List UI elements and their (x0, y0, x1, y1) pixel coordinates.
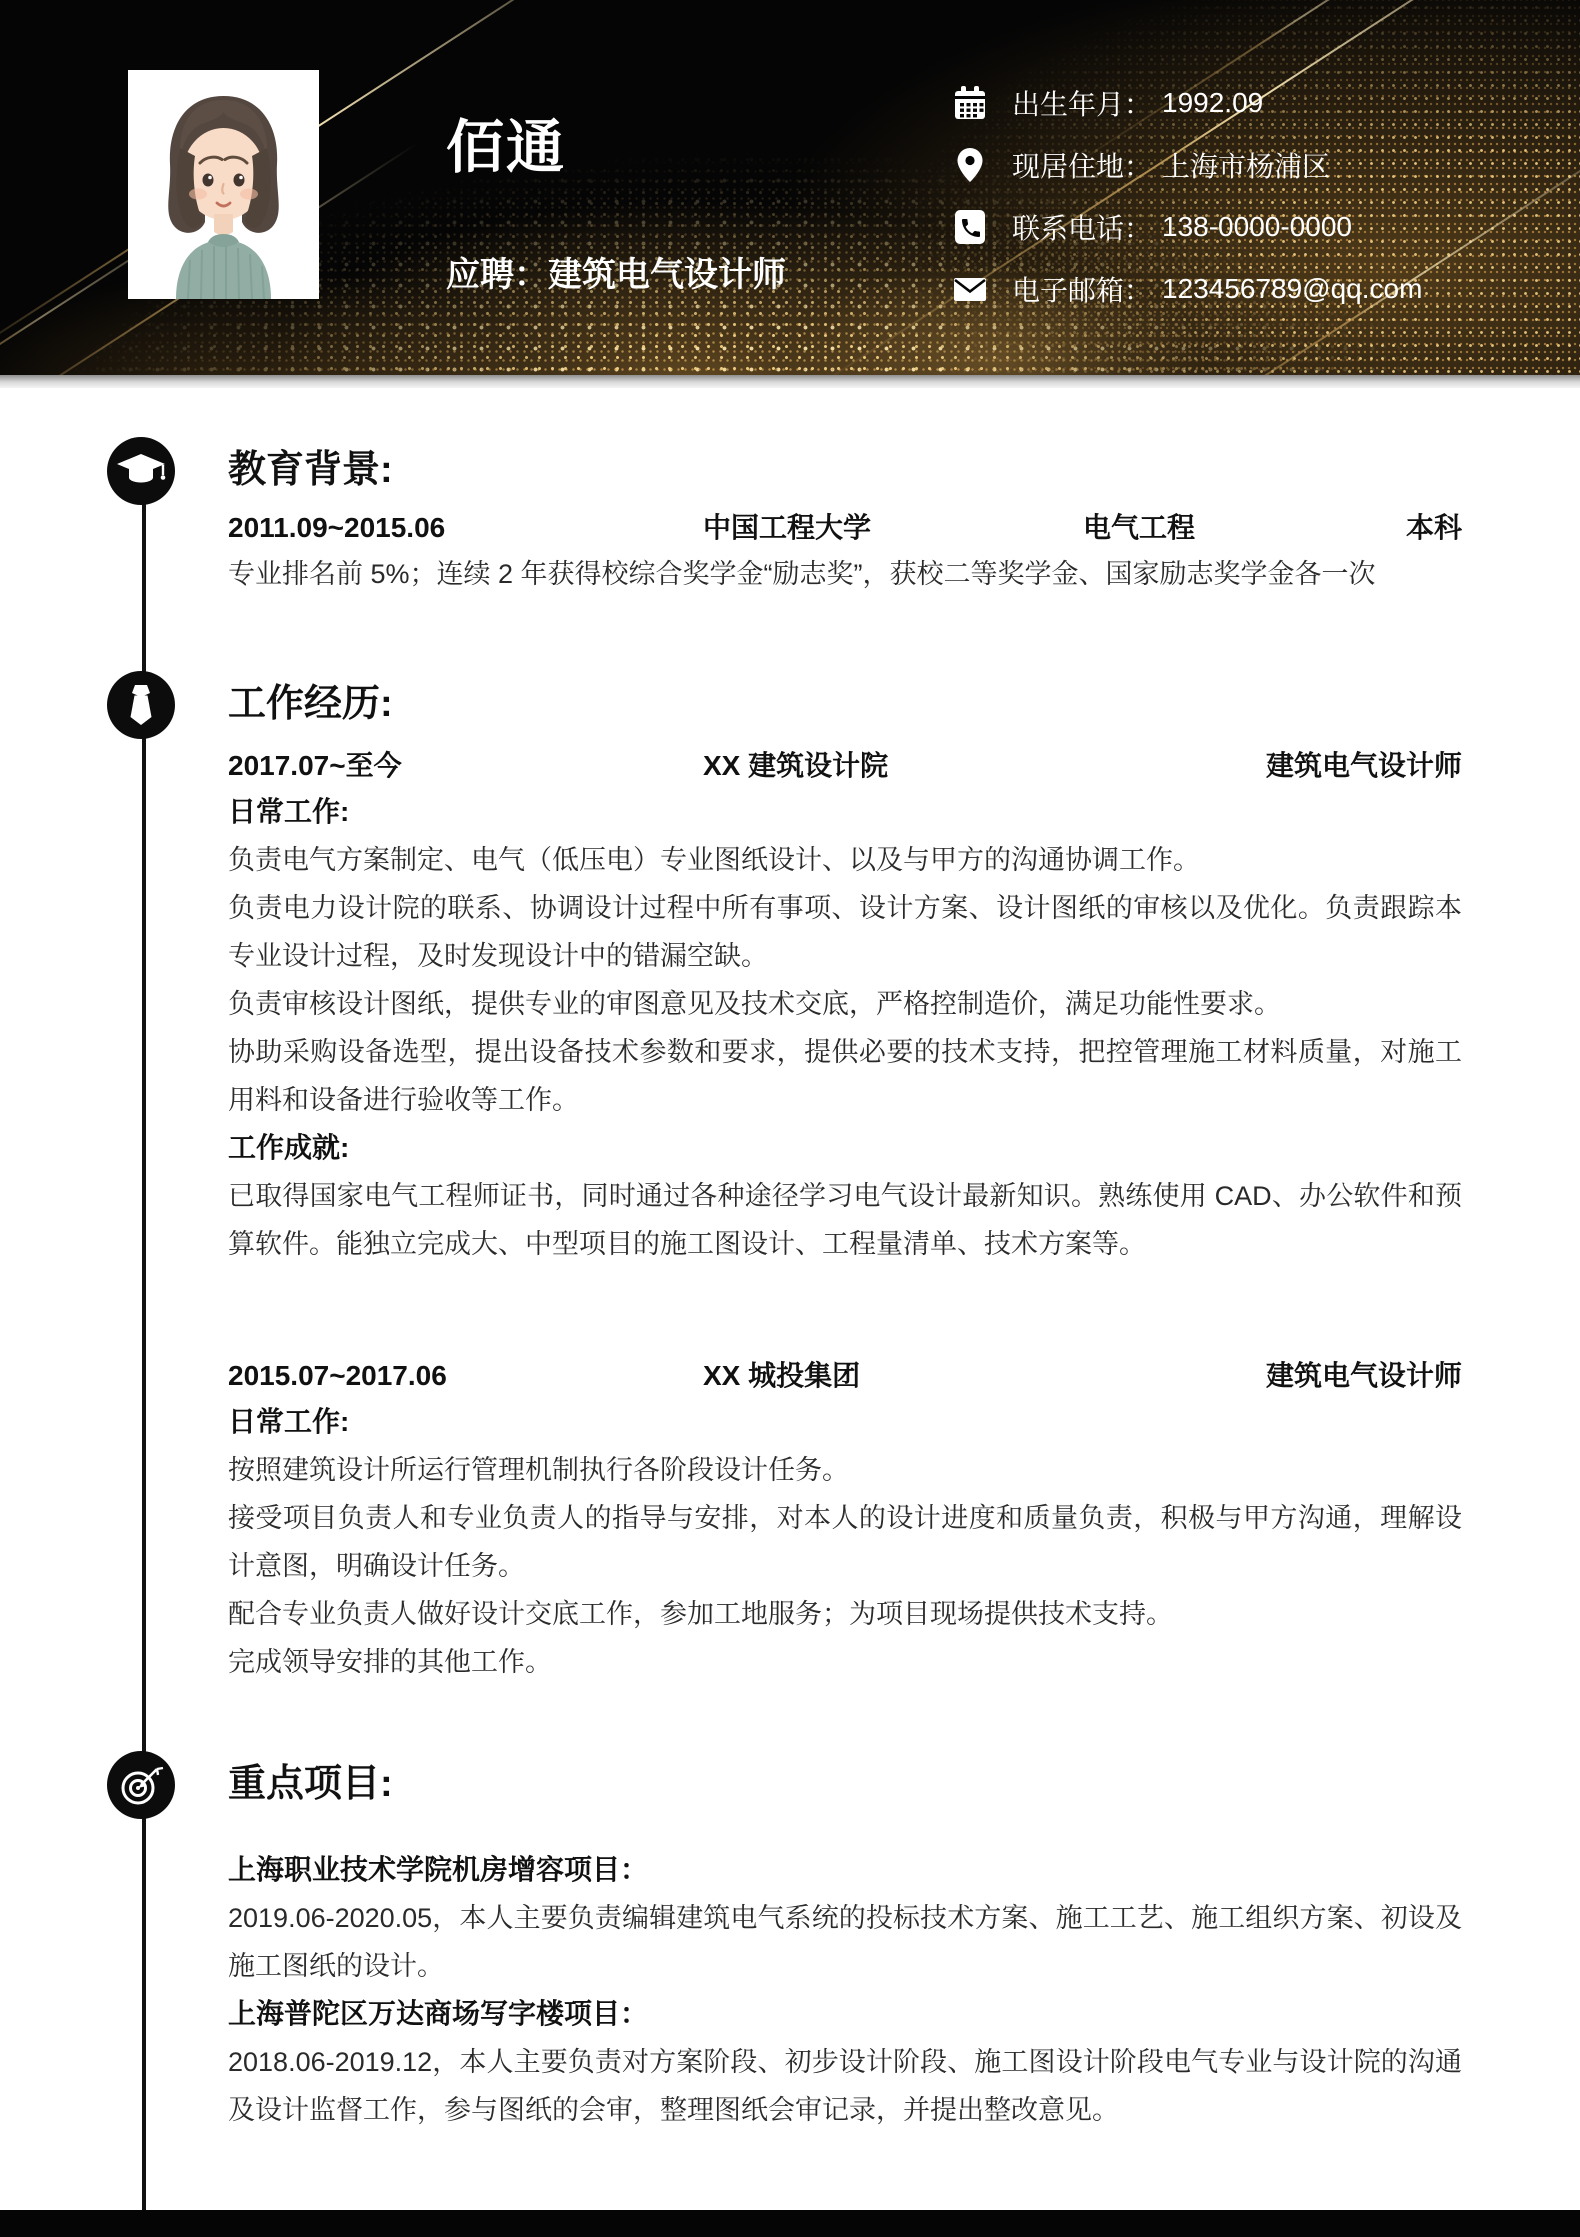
section-education: 教育背景: 2011.09~2015.06 中国工程大学 电气工程 本科 专业排… (228, 442, 1462, 598)
header-banner: 佰通 应聘：建筑电气设计师 出生年月： 1992.09 现居住地： 上海市杨浦区… (0, 0, 1580, 375)
candidate-name: 佰通 (446, 112, 566, 184)
section-work-experience: 工作经历: 2017.07~至今 XX 建筑设计院 建筑电气设计师 日常工作: … (228, 676, 1462, 1686)
education-major: 电气工程 (1083, 506, 1195, 550)
calendar-icon (950, 83, 990, 123)
contact-list: 出生年月： 1992.09 现居住地： 上海市杨浦区 联系电话： 138-000… (950, 72, 1422, 320)
daily-work-item: 配合专业负责人做好设计交底工作，参加工地服务；为项目现场提供技术支持。 (228, 1590, 1462, 1638)
contact-label: 电子邮箱： (1012, 269, 1152, 309)
projects-header: 重点项目: (228, 1756, 1462, 1812)
job-row: 2015.07~2017.06 XX 城投集团 建筑电气设计师 (228, 1354, 1462, 1398)
contact-label: 联系电话： (1012, 207, 1152, 247)
education-degree: 本科 (1406, 506, 1462, 550)
contact-value: 1992.09 (1162, 87, 1263, 119)
daily-work-item: 负责电气方案制定、电气（低压电）专业图纸设计、以及与甲方的沟通协调工作。 (228, 836, 1462, 884)
achievement-label: 工作成就: (228, 1124, 1462, 1172)
section-title: 重点项目: (228, 1756, 1462, 1812)
job-position: 建筑电气设计师 (1266, 1354, 1462, 1398)
education-date: 2011.09~2015.06 (228, 506, 703, 550)
daily-work-item: 协助采购设备选型，提出设备技术参数和要求，提供必要的技术支持，把控管理施工材料质… (228, 1028, 1462, 1124)
profile-photo (128, 70, 319, 299)
footer-bar (0, 2210, 1580, 2237)
daily-work-item: 完成领导安排的其他工作。 (228, 1638, 1462, 1686)
education-school: 中国工程大学 (703, 506, 1083, 550)
graduation-cap-icon (107, 437, 175, 505)
applied-position: 应聘：建筑电气设计师 (446, 254, 786, 296)
achievement-text: 已取得国家电气工程师证书，同时通过各种途径学习电气设计最新知识。熟练使用 CAD… (228, 1172, 1462, 1268)
education-description: 专业排名前 5%；连续 2 年获得校综合奖学金“励志奖”，获校二等奖学金、国家励… (228, 550, 1462, 598)
daily-work-item: 负责审核设计图纸，提供专业的审图意见及技术交底，严格控制造价，满足功能性要求。 (228, 980, 1462, 1028)
contact-value: 上海市杨浦区 (1162, 145, 1330, 185)
project-name: 上海职业技术学院机房增容项目： (228, 1846, 1462, 1894)
contact-value: 123456789@qq.com (1162, 273, 1422, 305)
job-position: 建筑电气设计师 (1266, 744, 1462, 788)
job-date: 2017.07~至今 (228, 744, 703, 788)
project-description: 2018.06-2019.12，本人主要负责对方案阶段、初步设计阶段、施工图设计… (228, 2038, 1462, 2134)
work-header: 工作经历: (228, 676, 1462, 732)
location-icon (950, 145, 990, 185)
section-title: 工作经历: (228, 676, 1462, 732)
daily-work-item: 按照建筑设计所运行管理机制执行各阶段设计任务。 (228, 1446, 1462, 1494)
contact-row-birth: 出生年月： 1992.09 (950, 72, 1422, 134)
timeline-line (142, 497, 146, 2210)
daily-work-label: 日常工作: (228, 788, 1462, 836)
education-row: 2011.09~2015.06 中国工程大学 电气工程 本科 (228, 506, 1462, 550)
contact-row-address: 现居住地： 上海市杨浦区 (950, 134, 1422, 196)
daily-work-label: 日常工作: (228, 1398, 1462, 1446)
contact-row-email: 电子邮箱： 123456789@qq.com (950, 258, 1422, 320)
contact-row-phone: 联系电话： 138-0000-0000 (950, 196, 1422, 258)
job-company: XX 建筑设计院 (703, 744, 888, 788)
contact-value: 138-0000-0000 (1162, 211, 1352, 243)
job-row: 2017.07~至今 XX 建筑设计院 建筑电气设计师 (228, 744, 1462, 788)
job-entry: 2017.07~至今 XX 建筑设计院 建筑电气设计师 日常工作: 负责电气方案… (228, 744, 1462, 1268)
job-company: XX 城投集团 (703, 1354, 860, 1398)
header-shadow-divider (0, 375, 1580, 388)
section-title: 教育背景: (228, 442, 1462, 498)
email-icon (950, 269, 990, 309)
daily-work-item: 负责电力设计院的联系、协调设计过程中所有事项、设计方案、设计图纸的审核以及优化。… (228, 884, 1462, 980)
contact-label: 现居住地： (1012, 145, 1152, 185)
job-date: 2015.07~2017.06 (228, 1354, 703, 1398)
resume-body: 教育背景: 2011.09~2015.06 中国工程大学 电气工程 本科 专业排… (228, 442, 1462, 2134)
project-name: 上海普陀区万达商场写字楼项目： (228, 1990, 1462, 2038)
daily-work-item: 接受项目负责人和专业负责人的指导与安排，对本人的设计进度和质量负责，积极与甲方沟… (228, 1494, 1462, 1590)
tie-icon (107, 671, 175, 739)
target-icon (107, 1751, 175, 1819)
education-header: 教育背景: (228, 442, 1462, 498)
project-description: 2019.06-2020.05，本人主要负责编辑建筑电气系统的投标技术方案、施工… (228, 1894, 1462, 1990)
phone-icon (950, 207, 990, 247)
section-key-projects: 重点项目: 上海职业技术学院机房增容项目： 2019.06-2020.05，本人… (228, 1756, 1462, 2134)
job-entry: 2015.07~2017.06 XX 城投集团 建筑电气设计师 日常工作: 按照… (228, 1354, 1462, 1686)
contact-label: 出生年月： (1012, 83, 1152, 123)
